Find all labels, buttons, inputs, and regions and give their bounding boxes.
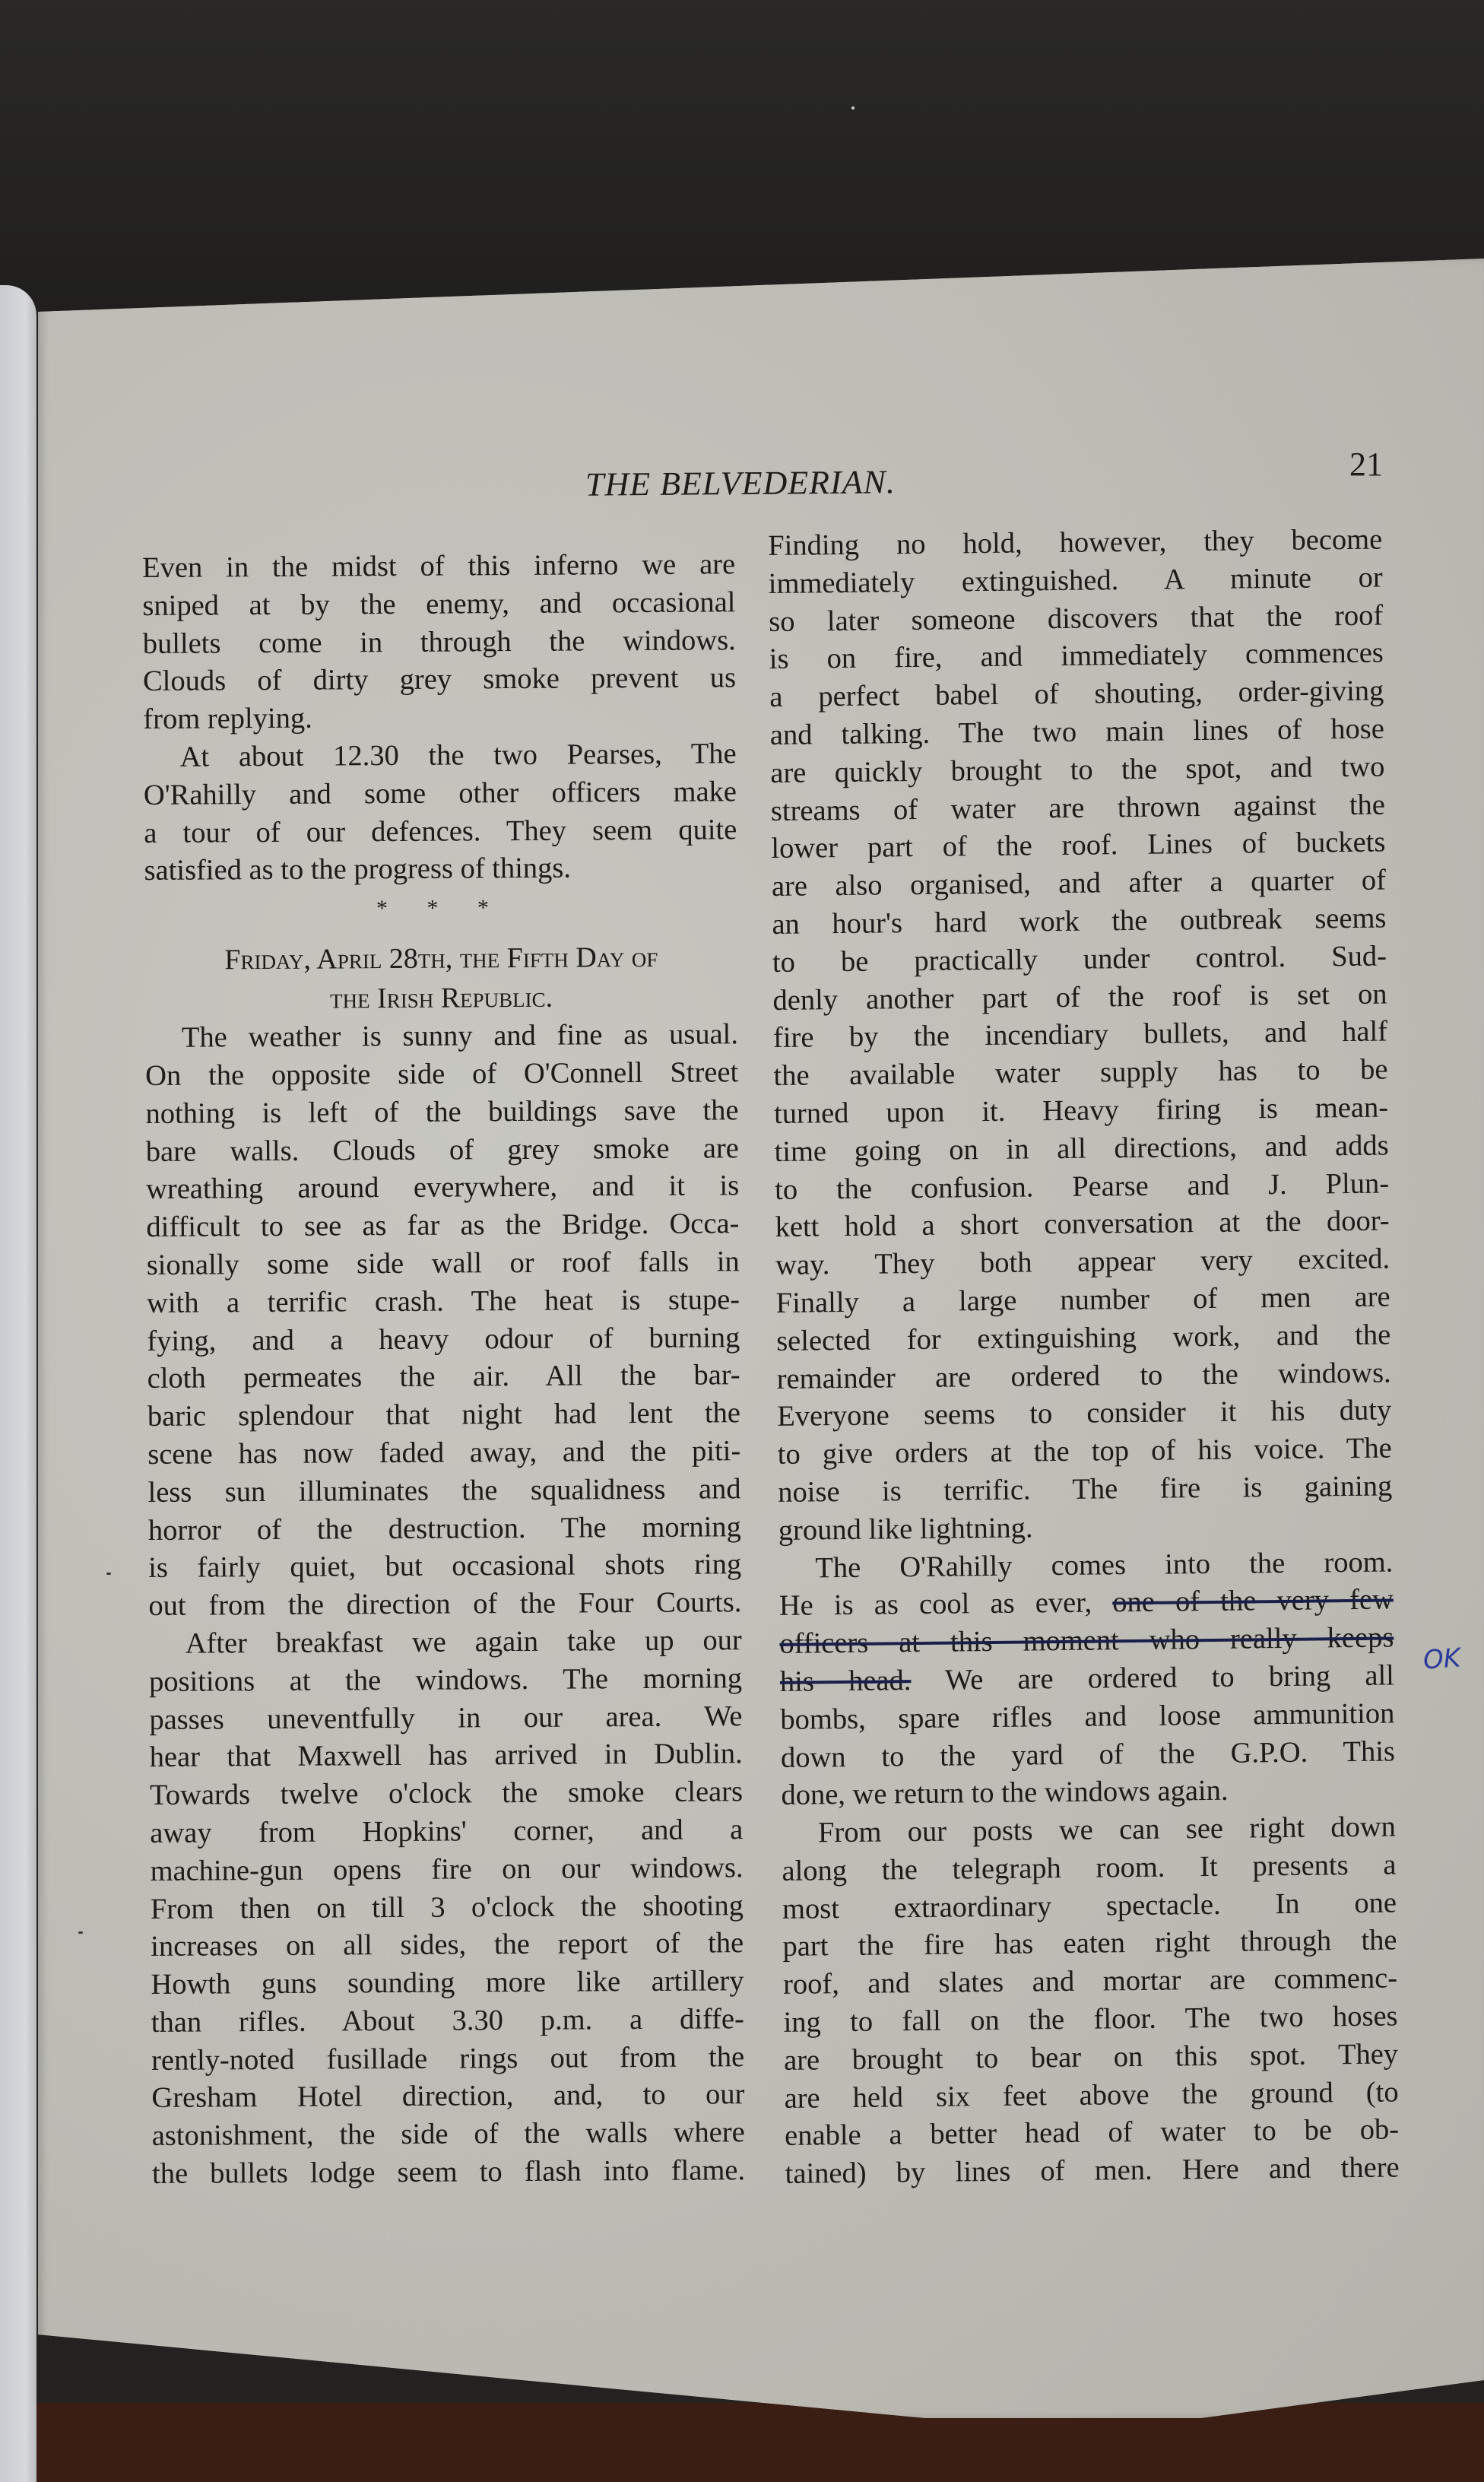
text-line: along the telegraph room. It presents a <box>782 1846 1396 1890</box>
text-line: roof, and slates and mortar are commenc- <box>783 1960 1397 2004</box>
text-line: kett hold a short conversation at the do… <box>775 1203 1389 1247</box>
section-separator: * * * <box>144 887 737 930</box>
text-line: Howth guns sounding more like artillery <box>151 1963 744 2004</box>
text-line: scene has now faded away, and the piti- <box>147 1433 740 1474</box>
section-heading-line: the Irish Republic. <box>144 976 737 1020</box>
text-line: the available water supply has to be <box>773 1052 1387 1096</box>
text-plain: He is as cool as ever, <box>779 1587 1113 1623</box>
text-line: fying, and a heavy odour of burning <box>147 1319 740 1361</box>
text-line: sionally some side wall or roof falls in <box>147 1243 740 1285</box>
text-line: After breakfast we again take up our <box>149 1622 742 1664</box>
paragraph: At about 12.30 the two Pearses, The O'Ra… <box>144 735 737 890</box>
text-line: baric splendour that night had lent the <box>147 1395 740 1436</box>
text-line: to be practically under control. Sud- <box>772 938 1387 982</box>
text-line: down to the yard of the G.P.O. This <box>781 1733 1395 1777</box>
text-line: is fairly quiet, but occasional shots ri… <box>148 1547 741 1589</box>
paragraph: The weather is sunny and fine as usual. … <box>145 1016 742 1625</box>
text-line: time going on in all directions, and add… <box>774 1127 1388 1171</box>
paper-speck <box>78 1931 83 1934</box>
page-number: 21 <box>1349 445 1383 484</box>
text-line: an hour's hard work the outbreak seems <box>772 900 1386 944</box>
text-line: are also organised, and after a quarter … <box>772 862 1386 906</box>
text-line: ground like lightning. <box>778 1506 1393 1550</box>
text-line: tained) by lines of men. Here and there <box>785 2150 1399 2194</box>
text-line: passes uneventfully in our area. We <box>149 1698 742 1740</box>
struck-through-text: officers at this moment who really keeps <box>779 1622 1394 1660</box>
section-heading-line: Friday, April 28th, the Fifth Day of <box>144 937 737 980</box>
text-line: denly another part of the roof is set on <box>772 976 1387 1020</box>
text-line: most extraordinary spectacle. In one <box>782 1884 1397 1928</box>
text-line: positions at the windows. The morning <box>149 1660 742 1702</box>
text-line: with a terrific crash. The heat is stupe… <box>147 1281 740 1323</box>
text-line: difficult to see as far as the Bridge. O… <box>146 1205 739 1247</box>
text-line: so later someone discovers that the roof <box>769 597 1383 641</box>
text-line: selected for extinguishing work, and the <box>776 1316 1390 1360</box>
text-line: his head. We are ordered to bring all <box>780 1657 1394 1701</box>
text-line: out from the direction of the Four Court… <box>148 1584 741 1626</box>
right-column: Finding no hold, however, they become im… <box>768 522 1400 2194</box>
text-line: bombs, spare rifles and loose ammunition <box>780 1695 1394 1739</box>
text-line: are brought to bear on this spot. They <box>784 2036 1398 2080</box>
paragraph: Even in the midst of this inferno we are… <box>142 546 737 739</box>
text-line: He is as cool as ever, one of the very f… <box>779 1582 1394 1626</box>
text-line: The O'Rahilly comes into the room. <box>778 1544 1393 1588</box>
text-line: to give orders at the top of his voice. … <box>778 1430 1392 1474</box>
text-line: noise is terrific. The fire is gaining <box>778 1468 1392 1512</box>
text-line: Towards twelve o'clock the smoke clears <box>150 1773 743 1815</box>
struck-through-text: one of the very few <box>1112 1584 1394 1619</box>
text-line: astonishment, the side of the walls wher… <box>152 2114 745 2156</box>
text-line: immediately extinguished. A minute or <box>769 559 1383 603</box>
text-line: At about 12.30 the two Pearses, The <box>144 735 737 777</box>
text-plain: We are ordered to bring all <box>911 1659 1394 1696</box>
text-line: done, we return to the windows again. <box>781 1771 1395 1815</box>
text-line: hear that Maxwell has arrived in Dublin. <box>150 1736 743 1778</box>
text-line: horror of the destruction. The morning <box>148 1509 741 1550</box>
paragraph: The O'Rahilly comes into the room. He is… <box>778 1544 1396 1815</box>
text-line: bullets come in through the windows. <box>143 622 736 664</box>
text-line: ing to fall on the floor. The two hoses <box>783 1998 1397 2042</box>
text-line: part the fire has eaten right through th… <box>782 1922 1397 1966</box>
running-head: THE BELVEDERIAN. <box>585 462 896 504</box>
text-line: Finding no hold, however, they become <box>768 522 1382 566</box>
text-line: turned upon it. Heavy firing is mean- <box>774 1089 1388 1133</box>
text-line: than rifles. About 3.30 p.m. a diffe- <box>151 2001 744 2042</box>
text-line: officers at this moment who really keeps <box>779 1620 1394 1664</box>
text-line: and talking. The two main lines of hose <box>770 711 1384 755</box>
struck-through-text: his head. <box>780 1665 912 1698</box>
text-line: less sun illuminates the squalidness and <box>147 1471 740 1512</box>
text-line: way. They both appear very excited. <box>775 1241 1390 1285</box>
paper-speck <box>106 1573 111 1575</box>
text-line: O'Rahilly and some other officers make <box>144 773 737 815</box>
text-line: away from Hopkins' corner, and a <box>150 1811 743 1853</box>
text-line: are held six feet above the ground (to <box>784 2074 1398 2118</box>
text-line: From our posts we can see right down <box>782 1809 1396 1853</box>
text-line: fire by the incendiary bullets, and half <box>773 1014 1387 1058</box>
text-line: are quickly brought to the spot, and two <box>770 748 1384 792</box>
text-line: The weather is sunny and fine as usual. <box>145 1016 738 1058</box>
text-line: On the opposite side of O'Connell Street <box>145 1054 738 1096</box>
text-line: the bullets lodge seem to flash into fla… <box>152 2152 745 2194</box>
section-heading: Friday, April 28th, the Fifth Day of the… <box>144 937 738 1020</box>
left-column: Even in the midst of this inferno we are… <box>142 546 745 2194</box>
text-line: enable a better head of water to be ob- <box>785 2112 1399 2156</box>
paragraph: Finding no hold, however, they become im… <box>768 522 1393 1550</box>
text-line: sniped at by the enemy, and occasional <box>142 584 735 626</box>
paragraph: After breakfast we again take up our pos… <box>149 1622 746 2194</box>
text-line: Everyone seems to consider it his duty <box>777 1392 1391 1436</box>
text-line: wreathing around everywhere, and it is <box>146 1168 739 1210</box>
text-line: cloth permeates the air. All the bar- <box>147 1357 740 1399</box>
text-line: streams of water are thrown against the <box>771 786 1385 830</box>
background-table-surface <box>0 2403 1484 2482</box>
text-line: Clouds of dirty grey smoke prevent us <box>143 660 736 702</box>
text-line: increases on all sides, the report of th… <box>151 1925 744 1966</box>
text-line: machine-gun opens fire on our windows. <box>150 1849 743 1891</box>
text-line: from replying. <box>143 697 736 739</box>
dust-speck <box>851 106 855 109</box>
text-line: satisfied as to the progress of things. <box>144 849 737 891</box>
text-line: Even in the midst of this inferno we are <box>142 546 735 588</box>
text-line: is on fire, and immediately commences <box>769 635 1384 679</box>
text-line: Gresham Hotel direction, and, to our <box>151 2077 744 2119</box>
handwritten-margin-note: OK <box>1422 1642 1462 1675</box>
previous-page-edge <box>0 285 36 2482</box>
text-line: remainder are ordered to the windows. <box>776 1354 1390 1398</box>
text-line: a tour of our defences. They seem quite <box>144 811 737 853</box>
text-line: From then on till 3 o'clock the shooting <box>151 1887 744 1929</box>
text-line: lower part of the roof. Lines of buckets <box>771 824 1385 868</box>
text-line: a perfect babel of shouting, order-givin… <box>769 673 1384 717</box>
text-line: bare walls. Clouds of grey smoke are <box>146 1130 739 1172</box>
text-line: rently-noted fusillade rings out from th… <box>151 2039 744 2080</box>
text-line: Finally a large number of men are <box>775 1278 1390 1322</box>
paragraph: From our posts we can see right down alo… <box>782 1809 1400 2194</box>
text-line: to the confusion. Pearse and J. Plun- <box>775 1165 1389 1209</box>
text-line: nothing is left of the buildings save th… <box>145 1092 738 1134</box>
